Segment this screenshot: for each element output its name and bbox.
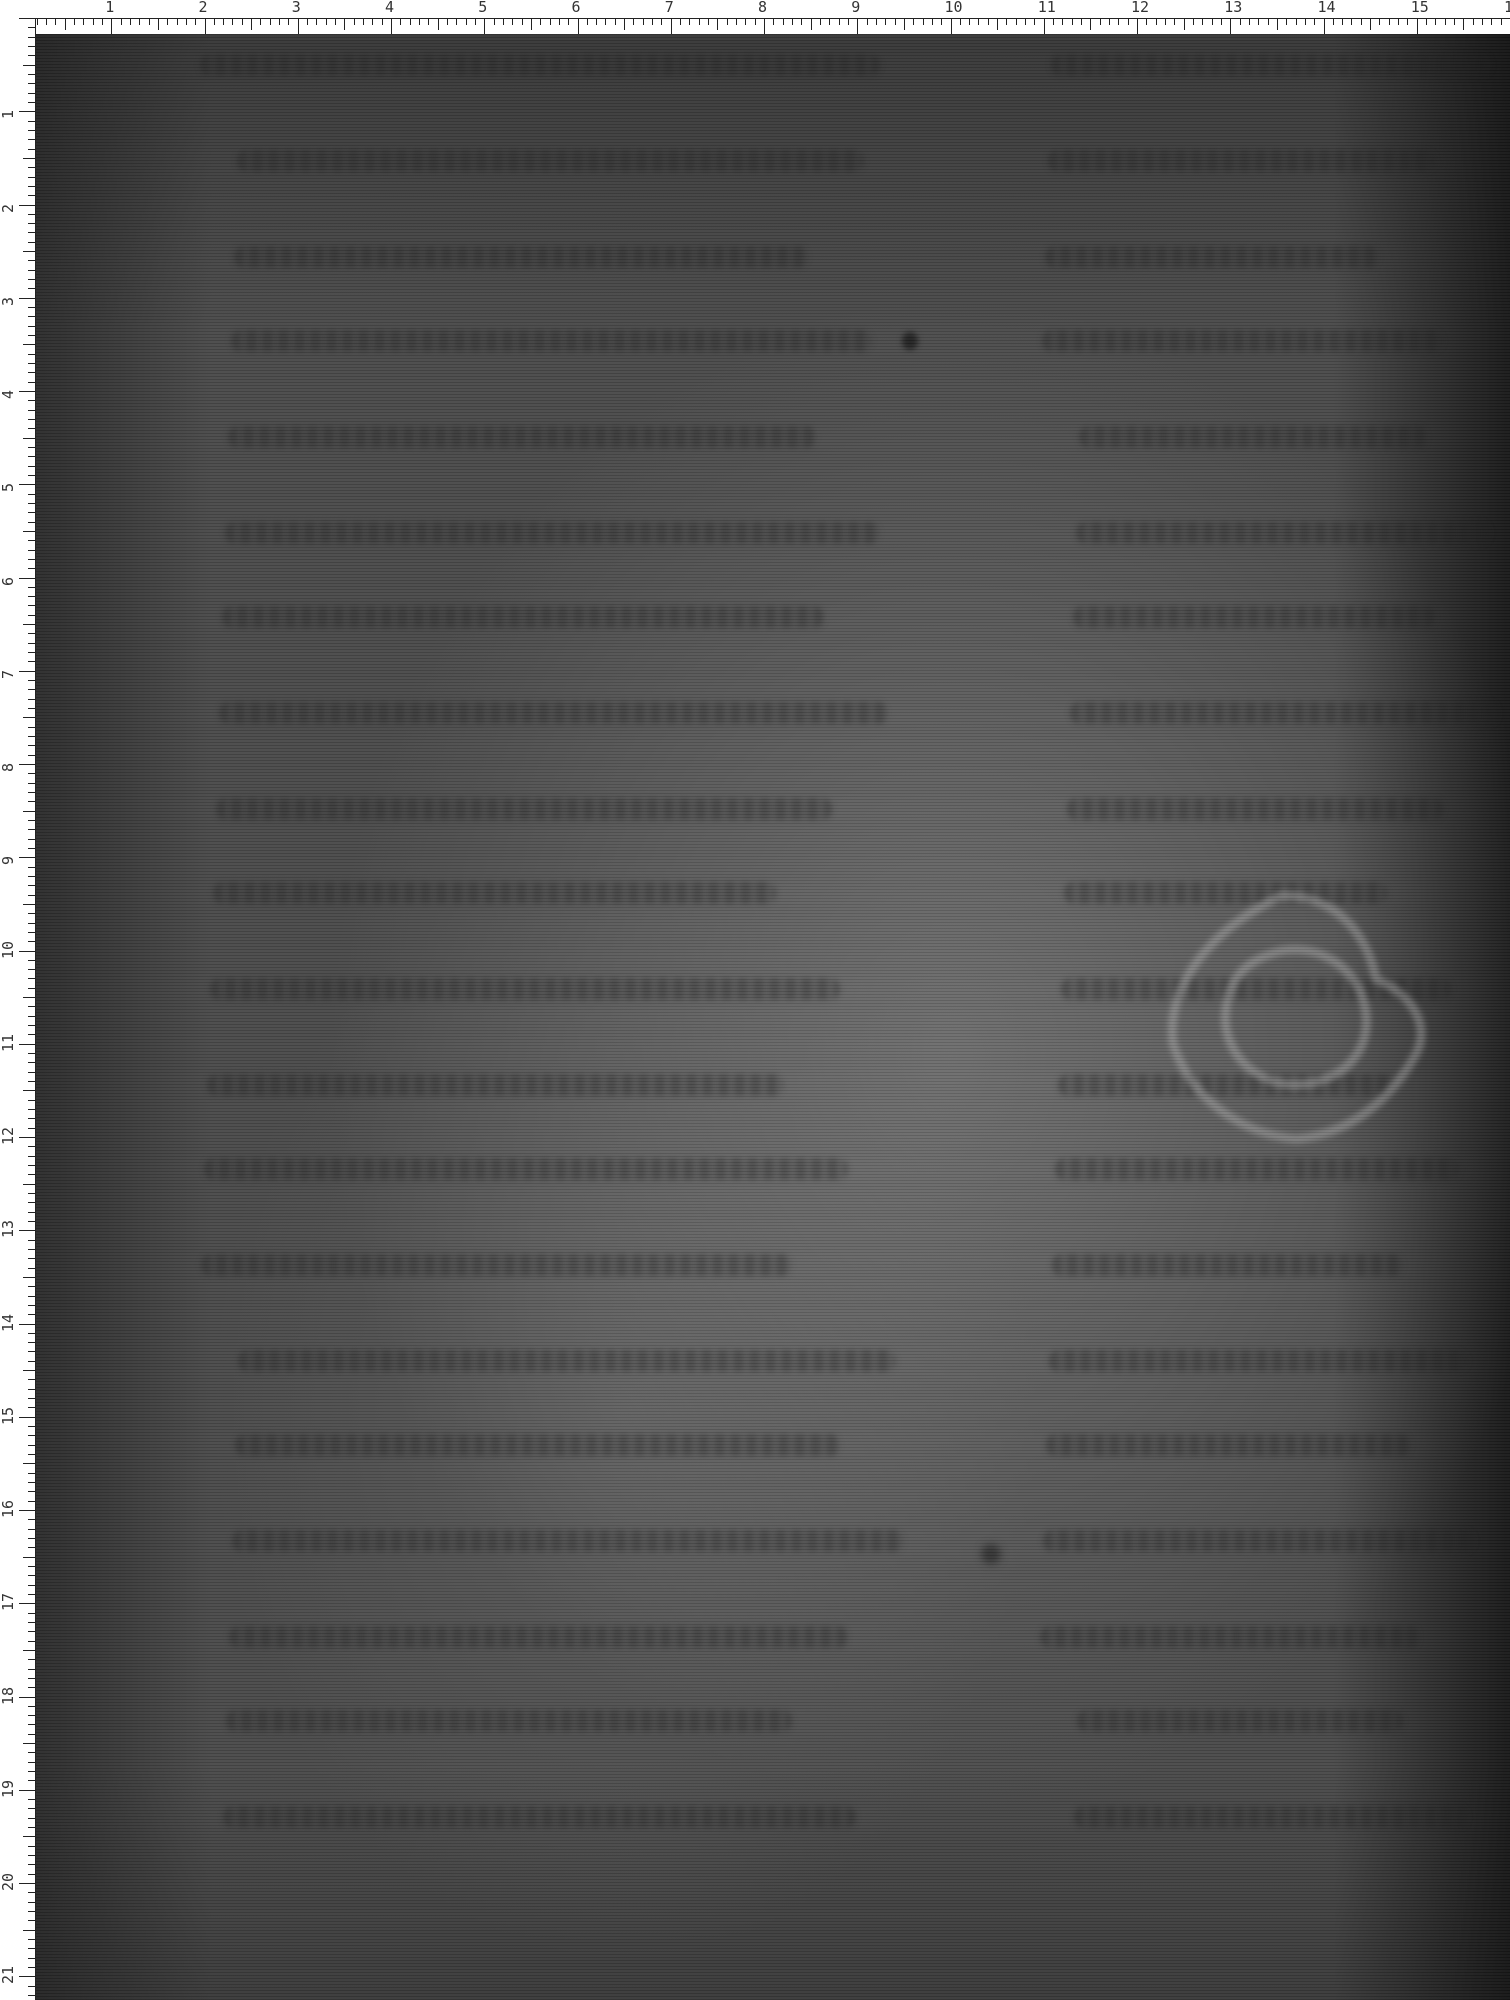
ruler-tick (28, 37, 35, 38)
ruler-tick (1426, 18, 1427, 25)
ruler-tick (28, 83, 35, 84)
ruler-tick (28, 130, 35, 131)
ruler-tick (28, 27, 35, 28)
ruler-tick (28, 1174, 35, 1175)
ruler-tick (28, 447, 35, 448)
ruler-tick (28, 1454, 35, 1455)
ruler-tick (419, 18, 420, 25)
ruler-tick (605, 18, 606, 25)
ruler-tick (1249, 18, 1250, 25)
ruler-tick (643, 18, 644, 25)
ruler-tick (28, 419, 35, 420)
ruler-tick (28, 410, 35, 411)
ruler-tick (28, 1081, 35, 1082)
ruler-tick (28, 1426, 35, 1427)
ruler-label: 17 (1, 1593, 16, 1611)
ruler-label: 15 (1, 1407, 16, 1425)
ruler-tick (23, 811, 35, 812)
ruler-tick (28, 1519, 35, 1520)
ruler-tick (372, 18, 373, 25)
ruler-tick (1398, 18, 1399, 25)
ruler-tick (661, 18, 662, 25)
ruler-tick (633, 18, 634, 25)
ruler-tick (28, 307, 35, 308)
ruler-tick (344, 18, 345, 30)
ruler-label: 10 (1, 940, 16, 958)
ruler-tick (876, 18, 877, 25)
ruler-tick (1109, 18, 1110, 25)
ruler-tick (23, 1930, 35, 1931)
ruler-tick (28, 773, 35, 774)
ruler-label: 9 (1, 856, 16, 865)
ruler-tick (28, 848, 35, 849)
ruler-tick (335, 18, 336, 25)
ruler-tick (19, 1230, 35, 1231)
ruler-tick (37, 18, 38, 25)
ruler-tick (28, 1808, 35, 1809)
ruler-tick (28, 1109, 35, 1110)
ruler-tick (232, 18, 233, 25)
ruler-tick (28, 1799, 35, 1800)
ruler-tick (28, 745, 35, 746)
ruler-tick (671, 18, 672, 34)
ruler-tick (28, 372, 35, 373)
ruler-tick (1230, 18, 1231, 34)
ruler-tick (867, 18, 868, 25)
ruler-tick (28, 913, 35, 914)
ruler-tick (1473, 18, 1474, 25)
ruler-tick (28, 55, 35, 56)
ruler-tick (23, 1277, 35, 1278)
ruler-tick (28, 1613, 35, 1614)
ruler-tick (186, 18, 187, 25)
ruler-label: 4 (385, 0, 394, 15)
ruler-tick (28, 587, 35, 588)
ruler-tick (19, 205, 35, 206)
ruler-tick (19, 18, 35, 19)
ruler-tick (65, 18, 66, 30)
ruler-tick (28, 661, 35, 662)
ruler-label: 7 (1, 670, 16, 679)
ruler-tick (848, 18, 849, 25)
ruler-tick (1118, 18, 1119, 25)
ruler-tick (279, 18, 280, 25)
ruler-tick (23, 1090, 35, 1091)
ruler-tick (19, 1137, 35, 1138)
ruler-tick (28, 316, 35, 317)
ruler-tick (55, 18, 56, 25)
ruler-tick (23, 1743, 35, 1744)
ruler-tick (456, 18, 457, 25)
ruler-tick (1417, 18, 1418, 34)
ruler-tick (28, 260, 35, 261)
ruler-tick (28, 279, 35, 280)
ruler-tick (28, 1128, 35, 1129)
ruler-tick (28, 400, 35, 401)
ruler-tick (28, 1361, 35, 1362)
ruler-tick (28, 1016, 35, 1017)
ruler-tick (28, 1118, 35, 1119)
ruler-tick (1174, 18, 1175, 25)
ruler-tick (904, 18, 905, 30)
ruler-tick (466, 18, 467, 25)
ruler-tick (167, 18, 168, 25)
ruler-label: 15 (1411, 0, 1429, 15)
ruler-tick (28, 1734, 35, 1735)
scan-lines (36, 34, 1510, 2000)
ruler-tick (745, 18, 746, 25)
ruler-tick (1379, 18, 1380, 25)
ruler-tick (28, 1202, 35, 1203)
ruler-tick (820, 18, 821, 25)
ruler-tick (28, 1659, 35, 1660)
ruler-tick (28, 932, 35, 933)
ruler-tick (1501, 18, 1502, 25)
ruler-tick (28, 475, 35, 476)
ruler-tick (354, 18, 355, 25)
ruler-tick (28, 1342, 35, 1343)
ruler-tick (28, 1240, 35, 1241)
ruler-tick (28, 941, 35, 942)
ruler-tick (19, 764, 35, 765)
ruler-tick (550, 18, 551, 25)
ruler-tick (19, 951, 35, 952)
ruler-tick (28, 288, 35, 289)
ruler-tick (28, 1547, 35, 1548)
ruler-tick (28, 1631, 35, 1632)
ruler-tick (23, 158, 35, 159)
ruler-label: 12 (1131, 0, 1149, 15)
ruler-tick (978, 18, 979, 25)
ruler-tick (1240, 18, 1241, 25)
ruler-tick (28, 689, 35, 690)
ruler-tick (689, 18, 690, 25)
ruler-tick (1193, 18, 1194, 25)
ruler-tick (28, 1678, 35, 1679)
ruler-tick (19, 1697, 35, 1698)
ruler-tick (28, 1874, 35, 1875)
ruler-tick (28, 1482, 35, 1483)
ruler-tick (28, 1025, 35, 1026)
ruler-tick (19, 1976, 35, 1977)
ruler-tick (923, 18, 924, 25)
ruler-tick (23, 344, 35, 345)
ruler-tick (28, 167, 35, 168)
ruler-label: 14 (1318, 0, 1336, 15)
ruler-tick (568, 18, 569, 25)
ruler-tick (28, 456, 35, 457)
ruler-tick (475, 18, 476, 25)
ruler-tick (1296, 18, 1297, 25)
ruler-tick (1146, 18, 1147, 25)
ruler-tick (941, 18, 942, 25)
ruler-tick (1268, 18, 1269, 25)
ruler-tick (28, 1920, 35, 1921)
ruler-tick (28, 242, 35, 243)
ruler-tick (23, 531, 35, 532)
ruler-tick (1482, 18, 1483, 25)
ruler-tick (1090, 18, 1091, 30)
ruler-tick (23, 997, 35, 998)
ruler-tick (307, 18, 308, 25)
ruler-tick (28, 186, 35, 187)
ruler-tick (23, 1836, 35, 1837)
ruler-tick (28, 708, 35, 709)
ruler-tick (19, 1883, 35, 1884)
ruler-tick (28, 195, 35, 196)
ruler-tick (1407, 18, 1408, 25)
ruler-tick (19, 1417, 35, 1418)
ruler-label: 20 (1, 1873, 16, 1891)
ruler-tick (23, 251, 35, 252)
ruler-tick (28, 1706, 35, 1707)
ruler-tick (28, 1669, 35, 1670)
ruler-tick (28, 1585, 35, 1586)
ruler-tick (1072, 18, 1073, 25)
ruler-tick (28, 1268, 35, 1269)
ruler-tick (997, 18, 998, 30)
ruler-tick (28, 223, 35, 224)
ruler-tick (23, 1184, 35, 1185)
ruler-tick (19, 298, 35, 299)
ruler-tick (28, 93, 35, 94)
ruler-tick (28, 727, 35, 728)
ruler-label: 6 (1, 576, 16, 585)
ruler-tick (149, 18, 150, 25)
ruler-tick (28, 1296, 35, 1297)
ruler-tick (19, 578, 35, 579)
ruler-tick (28, 1780, 35, 1781)
ruler-tick (19, 1790, 35, 1791)
ruler-label: 14 (1, 1313, 16, 1331)
ruler-tick (28, 121, 35, 122)
ruler-tick (1025, 18, 1026, 25)
ruler-tick (28, 1006, 35, 1007)
ruler-tick (326, 18, 327, 25)
ruler-tick (28, 1762, 35, 1763)
ruler-tick (391, 18, 392, 34)
ruler-tick (260, 18, 261, 25)
ruler-tick (121, 18, 122, 25)
ruler-tick (932, 18, 933, 25)
ruler-tick (23, 1370, 35, 1371)
ruler-tick (28, 1846, 35, 1847)
ruler-tick (28, 643, 35, 644)
ruler-tick (783, 18, 784, 25)
ruler-tick (587, 18, 588, 25)
ruler-tick (1324, 18, 1325, 34)
ruler-tick (596, 18, 597, 25)
ruler-tick (410, 18, 411, 25)
ruler-tick (28, 1967, 35, 1968)
ruler-tick (28, 1771, 35, 1772)
ruler-tick (23, 1650, 35, 1651)
ruler-tick (28, 335, 35, 336)
ruler-tick (139, 18, 140, 25)
ruler-tick (28, 550, 35, 551)
ruler-tick (28, 792, 35, 793)
ruler-tick (512, 18, 513, 25)
ruler-tick (130, 18, 131, 25)
ruler-tick (951, 18, 952, 34)
ruler-tick (28, 354, 35, 355)
ruler-tick (699, 18, 700, 25)
ruler-tick (28, 876, 35, 877)
ruler-label: 7 (665, 0, 674, 15)
ruler-tick (839, 18, 840, 25)
ruler-tick (792, 18, 793, 25)
ruler-tick (1435, 18, 1436, 25)
ruler-tick (28, 1072, 35, 1073)
ruler-tick (19, 1510, 35, 1511)
ruler-tick (484, 18, 485, 34)
ruler-tick (578, 18, 579, 34)
ruler-tick (28, 895, 35, 896)
ruler-tick (652, 18, 653, 25)
ruler-tick (28, 923, 35, 924)
ruler-tick (28, 1398, 35, 1399)
ruler-tick (28, 1333, 35, 1334)
ruler-tick (1062, 18, 1063, 25)
ruler-tick (1202, 18, 1203, 25)
ruler-tick (316, 18, 317, 25)
ruler-tick (28, 1286, 35, 1287)
ruler-tick (28, 801, 35, 802)
ruler-tick (28, 363, 35, 364)
ruler-tick (428, 18, 429, 25)
ruler-tick (1100, 18, 1101, 25)
ruler-tick (1221, 18, 1222, 25)
ruler-tick (19, 1603, 35, 1604)
ruler-tick (531, 18, 532, 30)
ruler-tick (1445, 18, 1446, 25)
ruler-tick (736, 18, 737, 25)
ruler-tick (28, 1948, 35, 1949)
ruler-tick (764, 18, 765, 34)
ruler-tick (447, 18, 448, 25)
ruler-tick (28, 1473, 35, 1474)
ruler-tick (960, 18, 961, 25)
ruler-tick (28, 1939, 35, 1940)
ruler-tick (1034, 18, 1035, 25)
ruler-tick (28, 1305, 35, 1306)
ruler-tick (1454, 18, 1455, 25)
ruler-tick (438, 18, 439, 30)
ruler-tick (28, 139, 35, 140)
ruler-tick (857, 18, 858, 34)
ruler-tick (755, 18, 756, 25)
ruler-label: 13 (1224, 0, 1242, 15)
ruler-tick (28, 494, 35, 495)
ruler-tick (74, 18, 75, 25)
ruler-tick (28, 829, 35, 830)
ruler-tick (28, 512, 35, 513)
ruler-tick (23, 904, 35, 905)
ruler-tick (1370, 18, 1371, 30)
ruler-tick (28, 1995, 35, 1996)
ruler-tick (28, 232, 35, 233)
ruler-tick (28, 1911, 35, 1912)
ruler-tick (19, 1324, 35, 1325)
vertical-ruler: 123456789101112131415161718192021 (0, 0, 35, 2000)
ruler-label: 1 (105, 0, 114, 15)
ruler-tick (1128, 18, 1129, 25)
ruler-tick (93, 18, 94, 25)
ruler-tick (28, 428, 35, 429)
ruler-label: 4 (1, 390, 16, 399)
ruler-tick (559, 18, 560, 25)
ruler-tick (522, 18, 523, 25)
ruler-tick (28, 633, 35, 634)
ruler-tick (28, 326, 35, 327)
ruler-tick (28, 1221, 35, 1222)
ruler-tick (28, 1855, 35, 1856)
ruler-tick (288, 18, 289, 25)
ruler-tick (28, 1687, 35, 1688)
ruler-tick (23, 624, 35, 625)
ruler-tick (270, 18, 271, 25)
ruler-tick (23, 65, 35, 66)
ruler-tick (28, 540, 35, 541)
ruler-tick (251, 18, 252, 30)
ruler-tick (28, 605, 35, 606)
ruler-tick (23, 438, 35, 439)
ruler-tick (400, 18, 401, 25)
ruler-tick (28, 988, 35, 989)
ruler-tick (28, 1212, 35, 1213)
ruler-tick (28, 1715, 35, 1716)
ruler-label: 16 (1, 1500, 16, 1518)
ruler-tick (28, 652, 35, 653)
ruler-tick (28, 1622, 35, 1623)
ruler-tick (1491, 18, 1492, 25)
ruler-tick (28, 46, 35, 47)
ruler-tick (28, 596, 35, 597)
ruler-label: 8 (758, 0, 767, 15)
ruler-tick (28, 960, 35, 961)
ruler-tick (28, 1062, 35, 1063)
ruler-tick (624, 18, 625, 30)
ruler-tick (895, 18, 896, 25)
ruler-tick (1016, 18, 1017, 25)
ruler-tick (28, 1724, 35, 1725)
ruler-tick (1184, 18, 1185, 30)
ruler-tick (19, 391, 35, 392)
ruler-tick (28, 978, 35, 979)
ruler-label: 2 (1, 203, 16, 212)
ruler-tick (102, 18, 103, 25)
ruler-label: 13 (1, 1220, 16, 1238)
ruler-tick (28, 1379, 35, 1380)
ruler-tick (28, 969, 35, 970)
ruler-tick (28, 1818, 35, 1819)
ruler-tick (1463, 18, 1464, 30)
ruler-tick (28, 382, 35, 383)
ruler-tick (1156, 18, 1157, 25)
ruler-tick (28, 1902, 35, 1903)
ruler-tick (19, 1044, 35, 1045)
ruler-tick (615, 18, 616, 25)
ruler-tick (1044, 18, 1045, 34)
ruler-tick (28, 466, 35, 467)
ruler-tick (28, 820, 35, 821)
ruler-tick (19, 111, 35, 112)
ruler-tick (28, 1389, 35, 1390)
ruler-tick (205, 18, 206, 34)
ruler-tick (969, 18, 970, 25)
ruler-tick (28, 1566, 35, 1567)
ruler-tick (28, 1100, 35, 1101)
